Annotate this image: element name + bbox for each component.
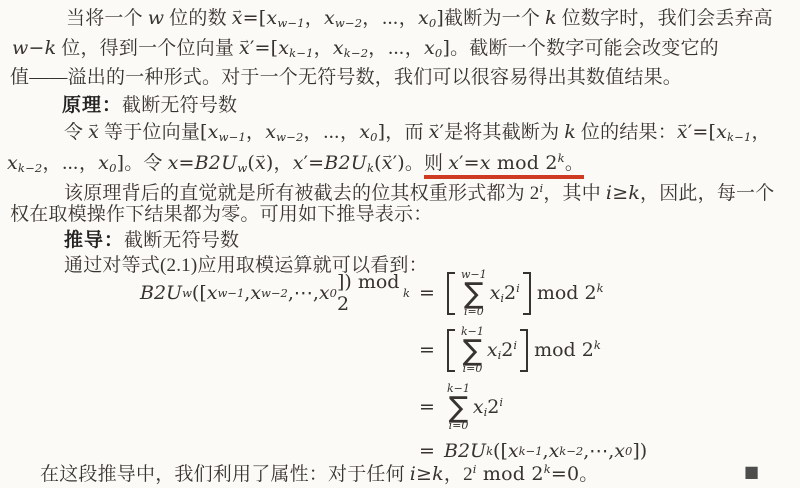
text-run: 权在取模操作下结果都为零。可用如下推导表示：	[10, 204, 432, 225]
text-run: i	[499, 395, 503, 409]
text-run: k	[545, 7, 557, 29]
principle-line2: xk−2，⋯，x0]。令 x=B2Uw(x)，x′=B2Uk(x′)。则 x′=…	[7, 146, 584, 180]
text-run: w−2	[261, 286, 288, 300]
text-run: 0	[625, 444, 632, 458]
text-run: )	[266, 152, 274, 174]
text-run: ]	[442, 37, 450, 59]
text-run: x	[359, 121, 370, 143]
qed-square: ■	[744, 464, 759, 480]
sum-lower-limit: i=0	[463, 363, 483, 375]
text-run: k	[564, 121, 576, 143]
text-run: ≥	[416, 463, 432, 485]
text-run: k−1	[727, 130, 752, 144]
text-run: w−2	[276, 130, 303, 144]
text-run: x	[490, 282, 501, 304]
text-run: =	[308, 152, 324, 174]
text-run: 截断为一个	[444, 8, 545, 29]
closing-line: 在这段推导中，我们利用了属性：对于任何 i≥k，2i mod 2k=0。	[40, 457, 598, 487]
text-run: x	[480, 152, 491, 174]
text-run: 截断无符号数	[122, 95, 237, 116]
text-run: B2U	[195, 152, 238, 174]
text-run: =[	[243, 7, 267, 29]
text-run: k	[594, 338, 601, 352]
mod-term: mod 2k	[534, 338, 601, 362]
derivation-equations: B2Uw([xw−1,xw−2,⋯,x0]) mod 2k = w−1 ∑ i=…	[140, 264, 647, 466]
sum-lower-limit: i=0	[464, 306, 484, 318]
text-run: x	[319, 282, 330, 304]
text-run: 是将其截断为	[444, 122, 564, 143]
text-run: 该原理背后的直觉就是所有被截去的位其权重形式都为 2	[64, 183, 539, 204]
text-run: x	[716, 121, 727, 143]
text-run: x	[207, 282, 218, 304]
text-run: ，	[274, 153, 293, 174]
text-run: w−1	[219, 130, 246, 144]
text-run: B2U	[324, 152, 367, 174]
text-run: B2U	[140, 282, 182, 304]
text-run: 2	[501, 339, 513, 361]
sigma-icon: ∑	[464, 281, 484, 306]
text-run: ，2	[444, 464, 473, 485]
text-run: w	[12, 37, 28, 59]
text-run: 0	[109, 161, 117, 175]
text-run: i	[513, 338, 517, 352]
text-run: ，⋯，	[42, 153, 98, 174]
sum-body: xi2i	[473, 395, 503, 419]
text-run: 位数字时，我们会丢弃高	[557, 8, 773, 29]
text-run: x	[250, 282, 261, 304]
text-run: x	[424, 37, 435, 59]
text-run: 推导：	[64, 230, 124, 251]
text-run: =	[179, 152, 195, 174]
text-run: x	[614, 440, 625, 462]
text-run: k	[432, 463, 444, 485]
vector-variable: x	[88, 120, 99, 144]
text-run: =[	[254, 37, 278, 59]
text-run: )	[397, 152, 405, 174]
text-run: 位的结果：	[576, 122, 677, 143]
text-run: ，	[314, 38, 333, 59]
text-run: 位的数	[164, 8, 232, 29]
text-run: ，其中	[543, 183, 606, 204]
text-run: =0	[551, 463, 579, 485]
text-run: k−2	[344, 46, 369, 60]
text-run: ]) mod 2	[337, 271, 403, 315]
text-run: 。	[565, 153, 584, 174]
text-run: =	[464, 152, 480, 174]
text-run: x	[418, 7, 429, 29]
text-run: k	[544, 462, 551, 476]
vector-variable: x	[429, 120, 440, 144]
text-run: 截断无符号数	[124, 230, 239, 251]
text-run: −	[28, 37, 44, 59]
text-run: x	[487, 339, 498, 361]
text-run: i	[516, 281, 520, 295]
vector-variable: x	[232, 6, 243, 30]
text-run: (	[247, 152, 255, 174]
sum-lower-limit: i=0	[449, 420, 469, 432]
text-run: ])	[632, 440, 647, 462]
text-run: mod 2	[477, 463, 544, 485]
text-run: [	[200, 121, 208, 143]
text-run: x	[98, 152, 109, 174]
text-run: x	[168, 152, 179, 174]
text-run: k	[486, 444, 493, 458]
text-run: mod 2	[537, 282, 597, 304]
text-run: k−2	[559, 444, 583, 458]
text-run: ([	[192, 282, 207, 304]
text-run: k−1	[519, 444, 543, 458]
vector-variable: x	[382, 151, 393, 175]
text-run: ，而	[385, 122, 428, 143]
text-run: k	[403, 286, 410, 300]
text-run: 。令	[124, 153, 167, 174]
equation-row-3: = k−1 ∑ i=0 xi2i	[140, 378, 647, 436]
text-run: 。	[405, 153, 424, 174]
equals-sign: =	[410, 396, 444, 418]
text-run: x	[208, 121, 219, 143]
text-run: 原理：	[62, 95, 122, 116]
summation-symbol: w−1 ∑ i=0	[461, 269, 487, 318]
text-run: ≥	[612, 182, 628, 204]
right-bracket	[523, 272, 531, 315]
summation-symbol: k−1 ∑ i=0	[461, 326, 484, 375]
vector-variable: x	[255, 151, 266, 175]
text-run: w−1	[217, 286, 244, 300]
text-run: k	[558, 151, 565, 165]
text-run: 在这段推导中，我们利用了属性：对于任何	[40, 464, 410, 485]
text-run: w−1	[277, 16, 304, 30]
para1-line1: 当将一个 w 位的数 x=[xw−1，xw−2，⋯，x0]截断为一个 k 位数字…	[66, 6, 773, 35]
vector-variable: x	[677, 120, 688, 144]
summation-symbol: k−1 ∑ i=0	[447, 383, 470, 432]
text-run: 位，得到一个位向量	[56, 38, 239, 59]
text-run: x	[293, 152, 304, 174]
text-run: 则	[424, 153, 448, 174]
sigma-icon: ∑	[449, 395, 469, 420]
derivation-heading: 推导：截断无符号数	[64, 229, 239, 253]
text-run: x	[7, 152, 18, 174]
left-bracket	[447, 329, 455, 372]
principle-line1: 令 x 等于位向量[xw−1，xw−2，⋯，x0]，而 x′是将其截断为 k 位…	[64, 120, 771, 149]
right-bracket	[520, 329, 528, 372]
text-run: 令	[64, 122, 88, 143]
left-bracket	[447, 272, 455, 315]
equals-sign: =	[410, 282, 444, 304]
text-run: w−2	[335, 16, 362, 30]
equation-row-2: = k−1 ∑ i=0 xi2i mod 2k	[140, 322, 647, 378]
text-run: ，	[246, 122, 265, 143]
principle-line2-normal: xk−2，⋯，x0]。令 x=B2Uw(x)，x′=B2Uk(x′)。	[7, 153, 424, 174]
text-run: w	[182, 286, 192, 300]
equals-sign: =	[410, 339, 444, 361]
text-run: k	[628, 182, 640, 204]
text-run: ，	[305, 8, 324, 29]
para2-line2: 权在取模操作下结果都为零。可用如下推导表示：	[10, 203, 432, 227]
para2-line1: 该原理背后的直觉就是所有被截去的位其权重形式都为 2i，其中 i≥k，因此，每一…	[64, 176, 774, 206]
text-run: w	[237, 161, 247, 175]
text-run: x	[333, 37, 344, 59]
text-run: 2	[504, 282, 516, 304]
text-run: ，⋯，	[368, 38, 424, 59]
equation-row-1: B2Uw([xw−1,xw−2,⋯,x0]) mod 2k = w−1 ∑ i=…	[140, 264, 647, 322]
text-run: 2	[487, 396, 499, 418]
sum-body: xi2i	[487, 338, 517, 362]
text-run: 。截断一个数字可能会改变它的	[450, 38, 719, 59]
equation-lhs: B2Uw([xw−1,xw−2,⋯,x0]) mod 2k	[140, 271, 410, 315]
text-run: k−1	[289, 46, 314, 60]
text-run: x	[278, 37, 289, 59]
text-run: (	[374, 152, 382, 174]
mod-term: mod 2k	[537, 281, 604, 305]
text-run: x	[324, 7, 335, 29]
text-run: 当将一个	[66, 8, 148, 29]
para1-line2: w−k 位，得到一个位向量 x′=[xk−1，xk−2，⋯，x0]。截断一个数字…	[12, 36, 719, 65]
text-run: 。	[579, 464, 598, 485]
text-run: x	[265, 121, 276, 143]
book-page: 当将一个 w 位的数 x=[xw−1，xw−2，⋯，x0]截断为一个 k 位数字…	[0, 0, 800, 488]
text-run: ，	[752, 122, 771, 143]
text-run: w	[148, 7, 164, 29]
text-run: x	[473, 396, 484, 418]
para1-line3: 值——溢出的一种形式。对于一个无符号数，我们可以很容易得出其数值结果。	[10, 66, 682, 90]
text-run: 值——溢出的一种形式。对于一个无符号数，我们可以很容易得出其数值结果。	[10, 67, 682, 88]
text-run: ，⋯，	[304, 122, 360, 143]
text-run: 等于位向量	[99, 122, 200, 143]
text-run: k−2	[18, 161, 43, 175]
text-run: ]	[436, 7, 444, 29]
text-run: mod 2	[491, 152, 558, 174]
text-run: x	[448, 152, 459, 174]
text-run: x	[266, 7, 277, 29]
sigma-icon: ∑	[463, 338, 483, 363]
text-run: k	[597, 281, 604, 295]
text-run: 0	[330, 286, 337, 300]
text-run: ，因此，每一个	[640, 183, 774, 204]
vector-variable: x	[239, 36, 250, 60]
text-run: ,⋯,	[288, 282, 319, 304]
text-run: =[	[692, 121, 716, 143]
text-run: ，⋯，	[362, 8, 418, 29]
text-run: mod 2	[534, 339, 594, 361]
text-run: 0	[370, 130, 378, 144]
text-run: k	[45, 37, 57, 59]
sum-body: xi2i	[490, 281, 520, 305]
